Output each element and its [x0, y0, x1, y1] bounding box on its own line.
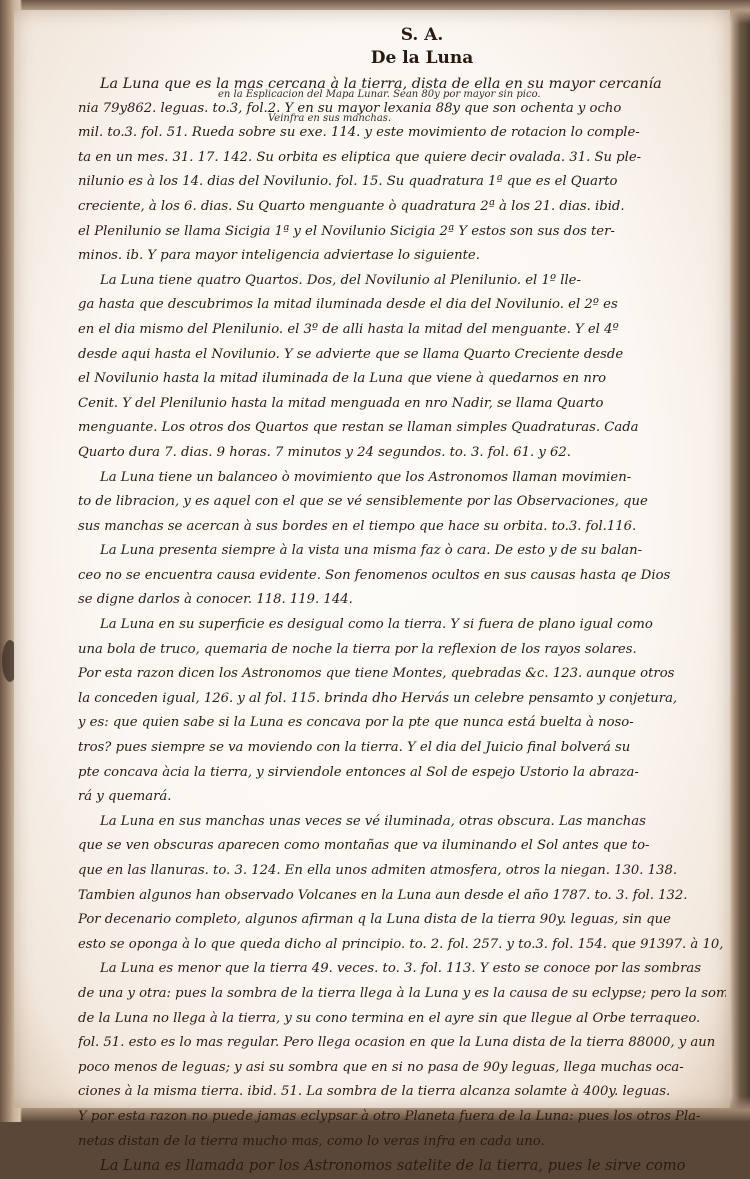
manuscript-line: Tambien algunos han observado Volcanes e… — [78, 884, 726, 909]
manuscript-line: se digne darlos à conocer. 118. 119. 144… — [78, 588, 726, 613]
manuscript-line: Quarto dura 7. dias. 9 horas. 7 minutos … — [78, 441, 726, 466]
manuscript-line: creciente, à los 6. dias. Su Quarto meng… — [78, 195, 726, 220]
manuscript-line: que se ven obscuras aparecen como montañ… — [78, 834, 726, 859]
manuscript-lines: La Luna que es la mas cercana à la tierr… — [78, 72, 726, 1122]
manuscript-line: La Luna presenta siempre à la vista una … — [78, 539, 726, 564]
manuscript-line: to de libracion, y es aquel con el que s… — [78, 490, 726, 515]
manuscript-line: que en las llanuras. to. 3. 124. En ella… — [78, 859, 726, 884]
manuscript-line: el Plenilunio se llama Sicigia 1ª y el N… — [78, 220, 726, 245]
manuscript-line: fol. 51. esto es lo mas regular. Pero ll… — [78, 1031, 726, 1056]
manuscript-line: y es: que quien sabe si la Luna es conca… — [78, 711, 726, 736]
manuscript-line: el Novilunio hasta la mitad iluminada de… — [78, 367, 726, 392]
manuscript-line: sus manchas se acercan à sus bordes en e… — [78, 515, 726, 540]
manuscript-line: ta en un mes. 31. 17. 142. Su orbita es … — [78, 146, 726, 171]
manuscript-line: tros? pues siempre se va moviendo con la… — [78, 736, 726, 761]
manuscript-line: La Luna es menor que la tierra 49. veces… — [78, 957, 726, 982]
manuscript-line: ga hasta que descubrimos la mitad ilumin… — [78, 293, 726, 318]
manuscript-line: nilunio es à los 14. dias del Novilunio.… — [78, 170, 726, 195]
manuscript-line: Por esta razon dicen los Astronomos que … — [78, 662, 726, 687]
manuscript-line: rá y quemará. — [78, 785, 726, 810]
folio-number: S. A. — [118, 24, 726, 46]
manuscript-line: menguante. Los otros dos Quartos que res… — [78, 416, 726, 441]
manuscript-line: Y por esta razon no puede jamas eclypsar… — [78, 1105, 726, 1122]
manuscript-line: en el dia mismo del Plenilunio. el 3º de… — [78, 318, 726, 343]
manuscript-line: una bola de truco, quemaria de noche la … — [78, 638, 726, 663]
page-title: De la Luna — [118, 46, 726, 70]
manuscript-text-block: S. A. De la Luna La Luna que es la mas c… — [78, 24, 726, 1122]
manuscript-scan-frame: S. A. De la Luna La Luna que es la mas c… — [0, 0, 750, 1122]
manuscript-line: desde aqui hasta el Novilunio. Y se advi… — [78, 343, 726, 368]
manuscript-line: de la Luna no llega à la tierra, y su co… — [78, 1007, 726, 1032]
manuscript-line: La Luna tiene quatro Quartos. Dos, del N… — [78, 269, 726, 294]
manuscript-line: pte concava àcia la tierra, y sirviendol… — [78, 761, 726, 786]
manuscript-line: mil. to.3. fol. 51. Rueda sobre su exe. … — [78, 121, 726, 146]
manuscript-line: la conceden igual, 126. y al fol. 115. b… — [78, 687, 726, 712]
manuscript-line: Por decenario completo, algunos afirman … — [78, 908, 726, 933]
manuscript-line: La Luna en sus manchas unas veces se vé … — [78, 810, 726, 835]
manuscript-line: minos. ib. Y para mayor inteligencia adv… — [78, 244, 726, 269]
manuscript-line: La Luna tiene un balanceo ò movimiento q… — [78, 466, 726, 491]
manuscript-page: S. A. De la Luna La Luna que es la mas c… — [14, 10, 730, 1108]
manuscript-line: poco menos de leguas; y asi su sombra qu… — [78, 1056, 726, 1081]
manuscript-line: Cenit. Y del Plenilunio hasta la mitad m… — [78, 392, 726, 417]
manuscript-line: ciones à la misma tierra. ibid. 51. La s… — [78, 1080, 726, 1105]
manuscript-line: esto se oponga à lo que queda dicho al p… — [78, 933, 726, 958]
manuscript-line: de una y otra: pues la sombra de la tier… — [78, 982, 726, 1007]
manuscript-line: La Luna en su superficie es desigual com… — [78, 613, 726, 638]
manuscript-line: ceo no se encuentra causa evidente. Son … — [78, 564, 726, 589]
